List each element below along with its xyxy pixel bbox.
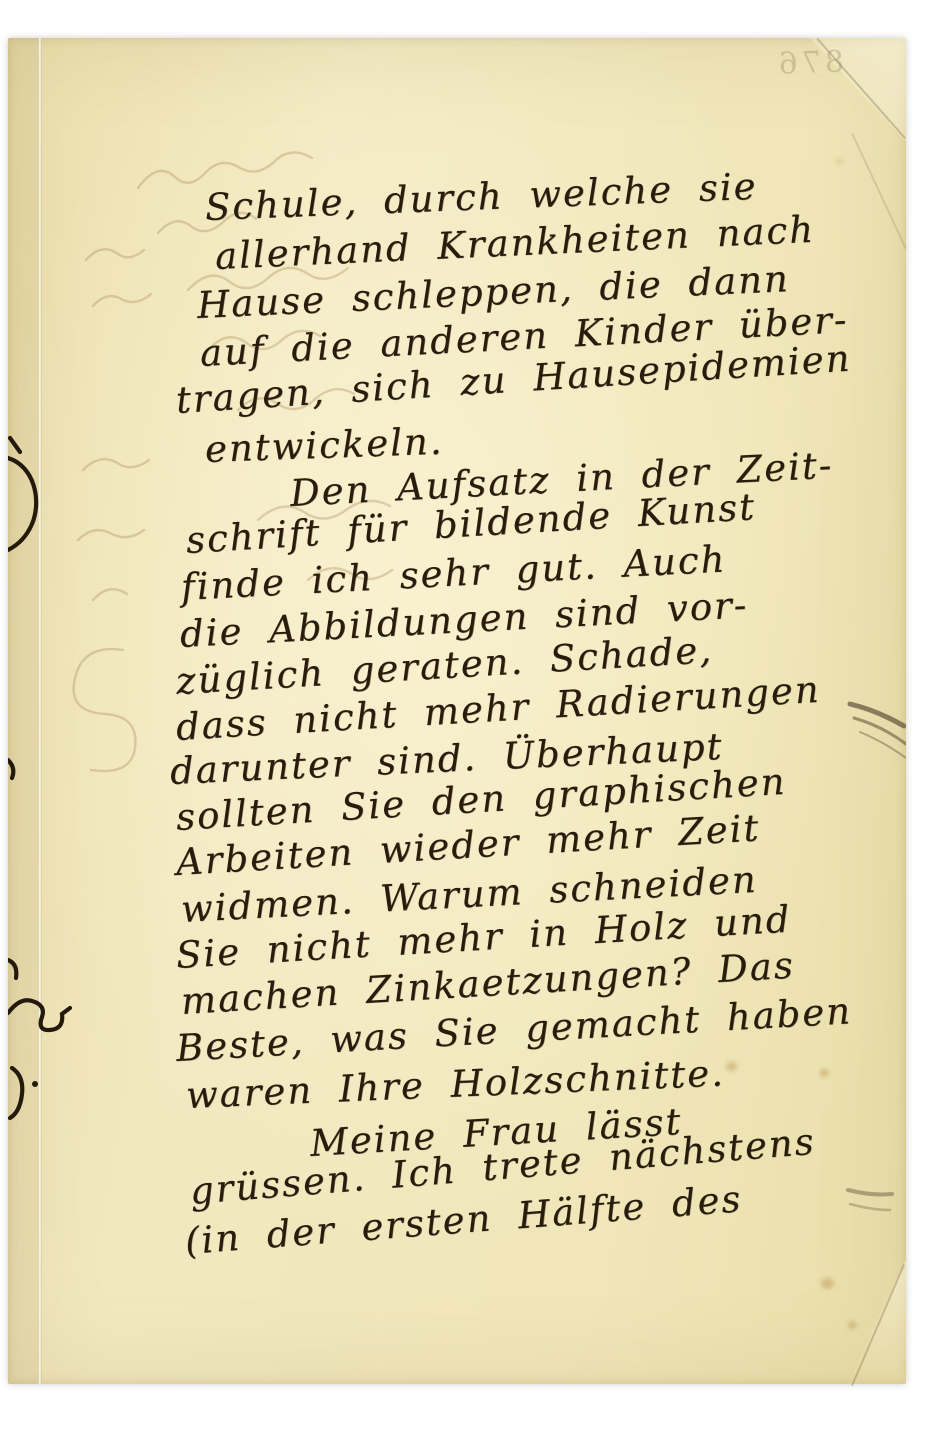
stain-spot [726, 1062, 737, 1071]
stain-spot [821, 1278, 834, 1289]
stain-spot [848, 1321, 857, 1329]
stain-spot [820, 1069, 829, 1077]
scan-background: 876 [0, 0, 950, 1436]
handwritten-line: entwickeln. [204, 420, 444, 471]
letter-paper: 876 [8, 38, 906, 1384]
stain-spot [836, 158, 844, 165]
